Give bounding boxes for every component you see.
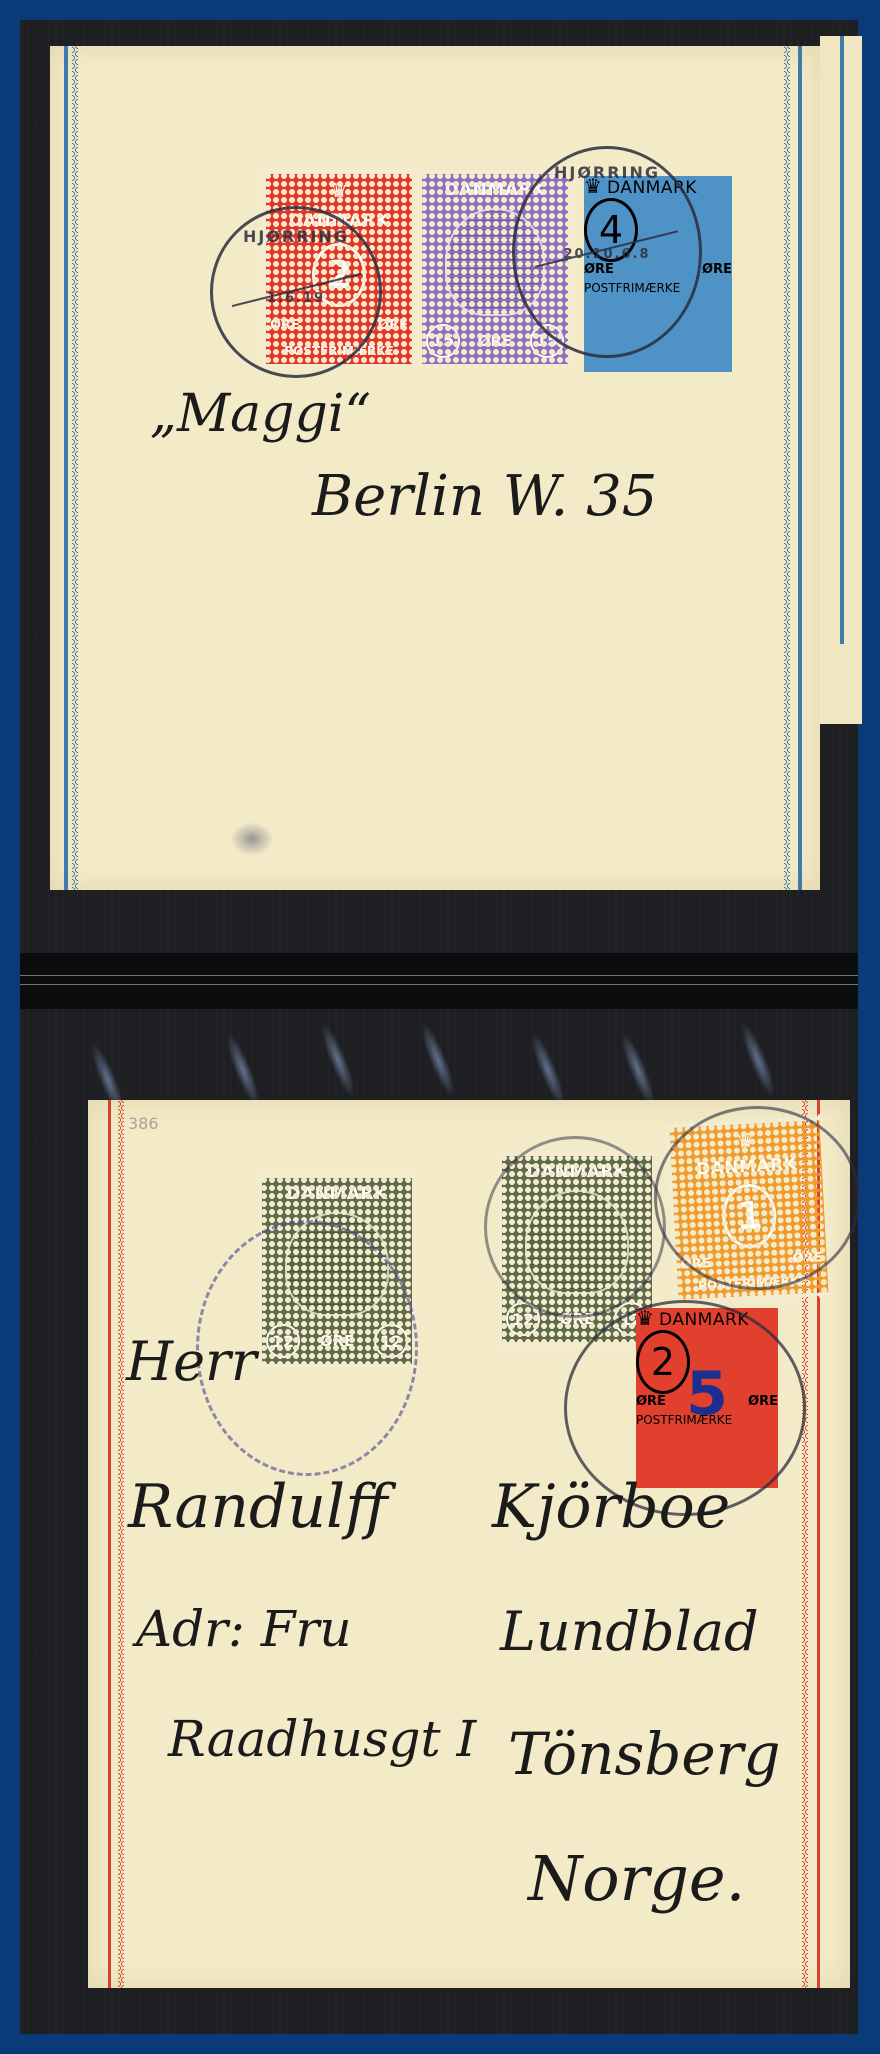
address-country: Norge. <box>528 1842 745 1915</box>
wrapper-berlin: ♛ DANMARK 2 ØREØRE POSTFRIMÆRKE DANMARK … <box>50 46 820 890</box>
frame-wave-right <box>784 46 790 890</box>
postmark: HJØRRING 1.6.19 <box>210 206 382 378</box>
frame-wave-left <box>118 1100 124 1988</box>
address-line-2: Berlin W. 35 <box>312 464 657 529</box>
address-city: Tönsberg <box>508 1720 781 1788</box>
wrapper-fold <box>820 36 862 724</box>
frame-line-left <box>64 46 68 890</box>
address-street: Raadhusgt I <box>168 1710 476 1768</box>
frame-line-left <box>108 1100 111 1988</box>
postmark <box>484 1136 666 1318</box>
ink-smudge <box>230 822 274 856</box>
postmark: HJØRRING 20.10.6.8 <box>512 146 702 358</box>
address-salutation: Herr <box>126 1330 257 1393</box>
pencil-note: 386 <box>128 1114 159 1133</box>
address-line-1: „Maggi“ <box>150 384 371 444</box>
address-attn-label: Adr: Fru <box>136 1600 352 1658</box>
frame-line-right <box>798 46 802 890</box>
frame-wave-left <box>72 46 78 890</box>
address-name-last: Kjörboe <box>492 1472 730 1542</box>
wrapper-tonsberg: 386 DANMARK 12ØRE12 DANMARK 12ØRE12 ♛ DA… <box>88 1100 850 1988</box>
address-attn-name: Lundblad <box>500 1600 759 1663</box>
crown-icon: ♛ <box>330 180 348 200</box>
postmark <box>654 1106 860 1290</box>
album-strip <box>20 953 858 1009</box>
address-name-first: Randulff <box>128 1472 388 1542</box>
